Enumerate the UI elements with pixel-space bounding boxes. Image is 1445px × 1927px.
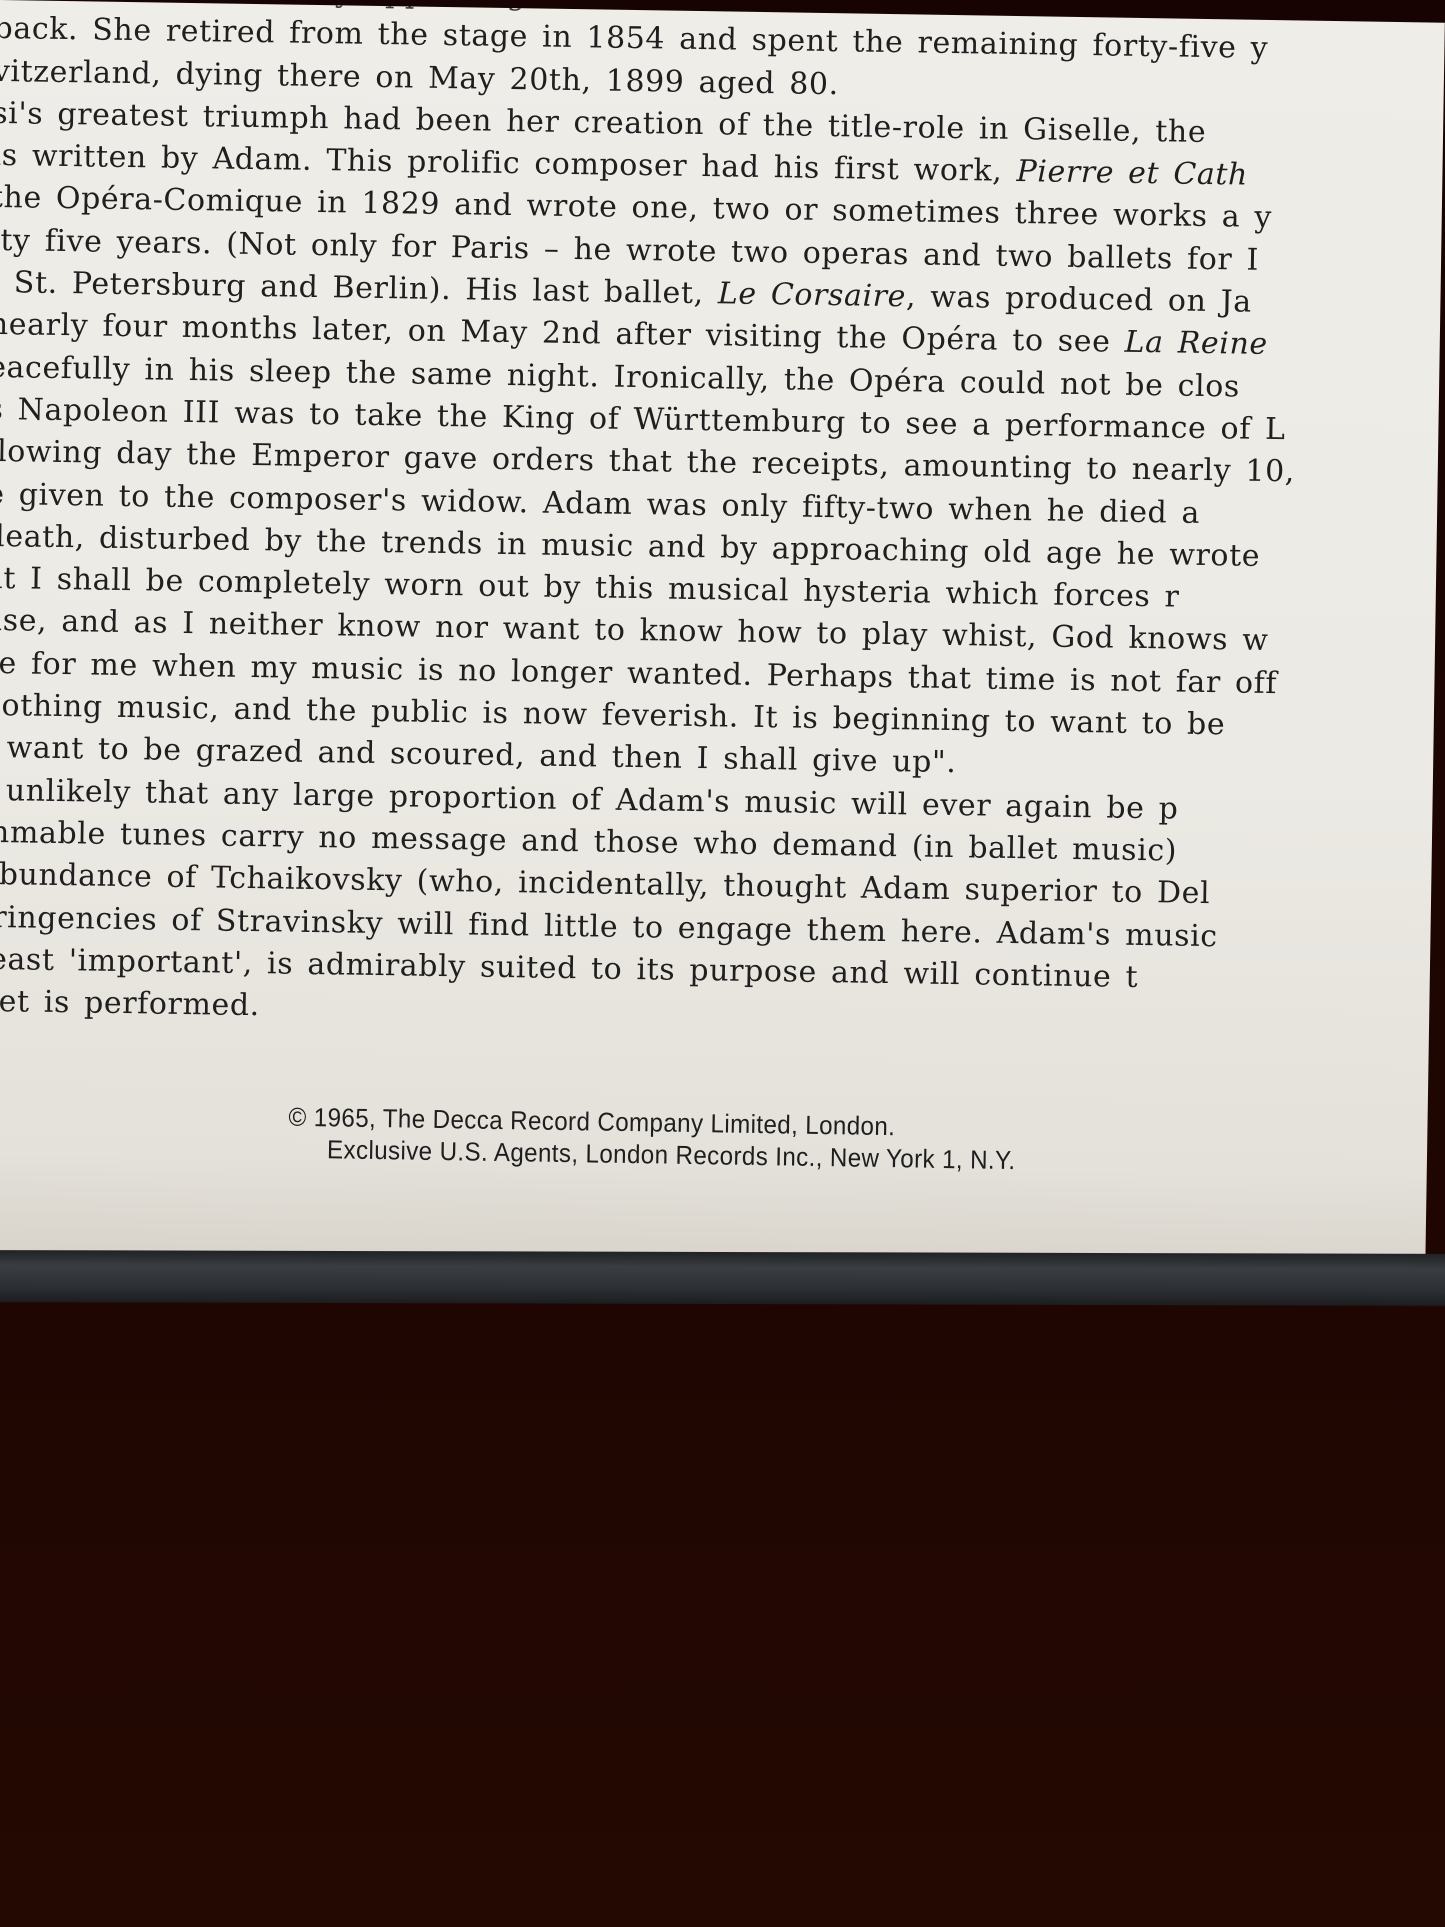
- italic-title: Pierre et Cath: [1016, 154, 1248, 193]
- photo-scene: caused a sensation by appearing o back. …: [0, 0, 1445, 1927]
- liner-notes-body: caused a sensation by appearing o back. …: [0, 0, 1445, 1048]
- italic-title: La Reine: [1124, 325, 1268, 362]
- sleeve-edge: [0, 1250, 1445, 1306]
- text-segment: , was produced on Ja: [906, 279, 1252, 319]
- copyright-notice: © 1965, The Decca Record Company Limited…: [288, 1101, 1017, 1176]
- text-segment: · St. Petersburg and Berlin). His last b…: [0, 265, 718, 311]
- italic-title: Le Corsaire: [718, 276, 907, 314]
- liner-notes-page: caused a sensation by appearing o back. …: [0, 0, 1445, 1275]
